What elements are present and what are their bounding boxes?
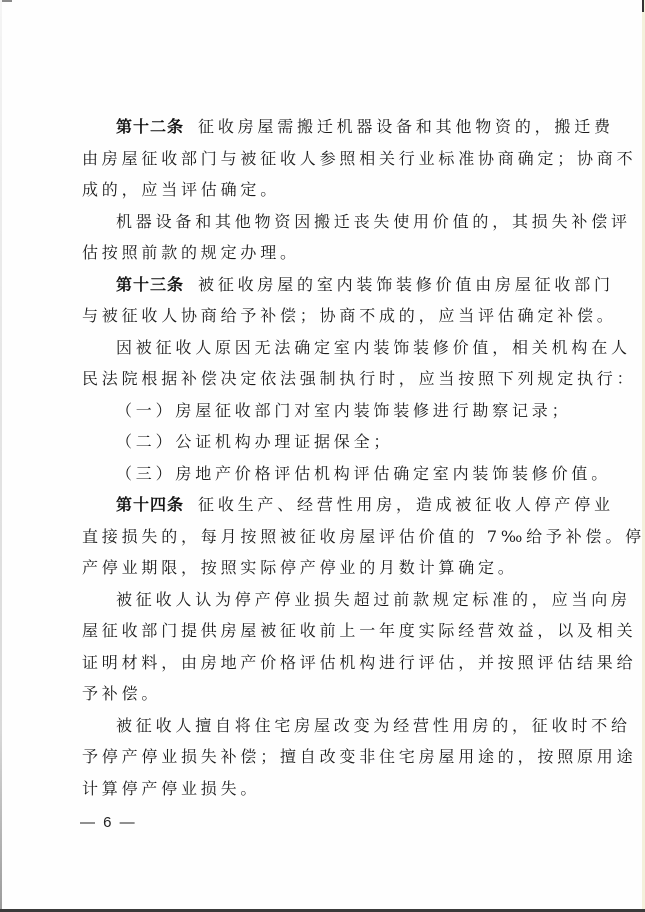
list-item-1: （一）房屋征收部门对室内装饰装修进行勘察记录； — [82, 395, 562, 427]
scan-edge-left — [0, 0, 2, 912]
text-line: 被征收人擅自将住宅房屋改变为经营性用房的，征收时不给 — [82, 710, 562, 742]
text-line: 第十三条被征收房屋的室内装饰装修价值由房屋征收部门 — [82, 269, 562, 301]
text-line: 第十二条征收房屋需搬迁机器设备和其他物资的，搬迁费 — [82, 111, 562, 143]
text-line: 计算停产停业损失。 — [82, 773, 562, 805]
text-line: 因被征收人原因无法确定室内装饰装修价值，相关机构在人 — [82, 332, 562, 364]
article-12: 第十二条征收房屋需搬迁机器设备和其他物资的，搬迁费 由房屋征收部门与被征收人参照… — [82, 111, 562, 269]
text-line: 直接损失的，每月按照被征收房屋评估价值的 7‰给予补偿。停 — [82, 521, 562, 553]
article-text: 被征收房屋的室内装饰装修价值由房屋征收部门 — [198, 275, 614, 294]
text-line: 与被征收人协商给予补偿；协商不成的，应当评估确定补偿。 — [82, 300, 562, 332]
scanned-page: 第十二条征收房屋需搬迁机器设备和其他物资的，搬迁费 由房屋征收部门与被征收人参照… — [0, 0, 645, 912]
article-text: 征收房屋需搬迁机器设备和其他物资的，搬迁费 — [198, 117, 614, 136]
article-13: 第十三条被征收房屋的室内装饰装修价值由房屋征收部门 与被征收人协商给予补偿；协商… — [82, 269, 562, 490]
article-heading: 第十三条 — [116, 275, 184, 294]
text-line: 成的，应当评估确定。 — [82, 174, 562, 206]
text-line: 民法院根据补偿决定依法强制执行时，应当按照下列规定执行： — [82, 363, 562, 395]
text-line: 证明材料，由房地产价格评估机构进行评估，并按照评估结果给 — [82, 647, 562, 679]
text-line: 第十四条征收生产、经营性用房，造成被征收人停产停业 — [82, 489, 562, 521]
text-line: 予补偿。 — [82, 678, 562, 710]
text-line: 被征收人认为停产停业损失超过前款规定标准的，应当向房 — [82, 584, 562, 616]
text-line: 产停业期限，按照实际停产停业的月数计算确定。 — [82, 552, 562, 584]
list-item-2: （二）公证机构办理证据保全； — [82, 426, 562, 458]
text-line: 屋征收部门提供房屋被征收前上一年度实际经营效益，以及相关 — [82, 615, 562, 647]
article-14: 第十四条征收生产、经营性用房，造成被征收人停产停业 直接损失的，每月按照被征收房… — [82, 489, 562, 804]
text-line: 予停产停业损失补偿；擅自改变非住宅房屋用途的，按照原用途 — [82, 741, 562, 773]
text-line: 机器设备和其他物资因搬迁丧失使用价值的，其损失补偿评 — [82, 206, 562, 238]
list-item-3: （三）房地产价格评估机构评估确定室内装饰装修价值。 — [82, 458, 562, 490]
document-body: 第十二条征收房屋需搬迁机器设备和其他物资的，搬迁费 由房屋征收部门与被征收人参照… — [82, 111, 562, 804]
article-heading: 第十二条 — [116, 117, 184, 136]
article-heading: 第十四条 — [116, 495, 184, 514]
article-text: 征收生产、经营性用房，造成被征收人停产停业 — [198, 495, 614, 514]
text-line: 由房屋征收部门与被征收人参照相关行业标准协商确定；协商不 — [82, 143, 562, 175]
text-line: 估按照前款的规定办理。 — [82, 237, 562, 269]
page-number: — 6 — — [80, 814, 137, 831]
